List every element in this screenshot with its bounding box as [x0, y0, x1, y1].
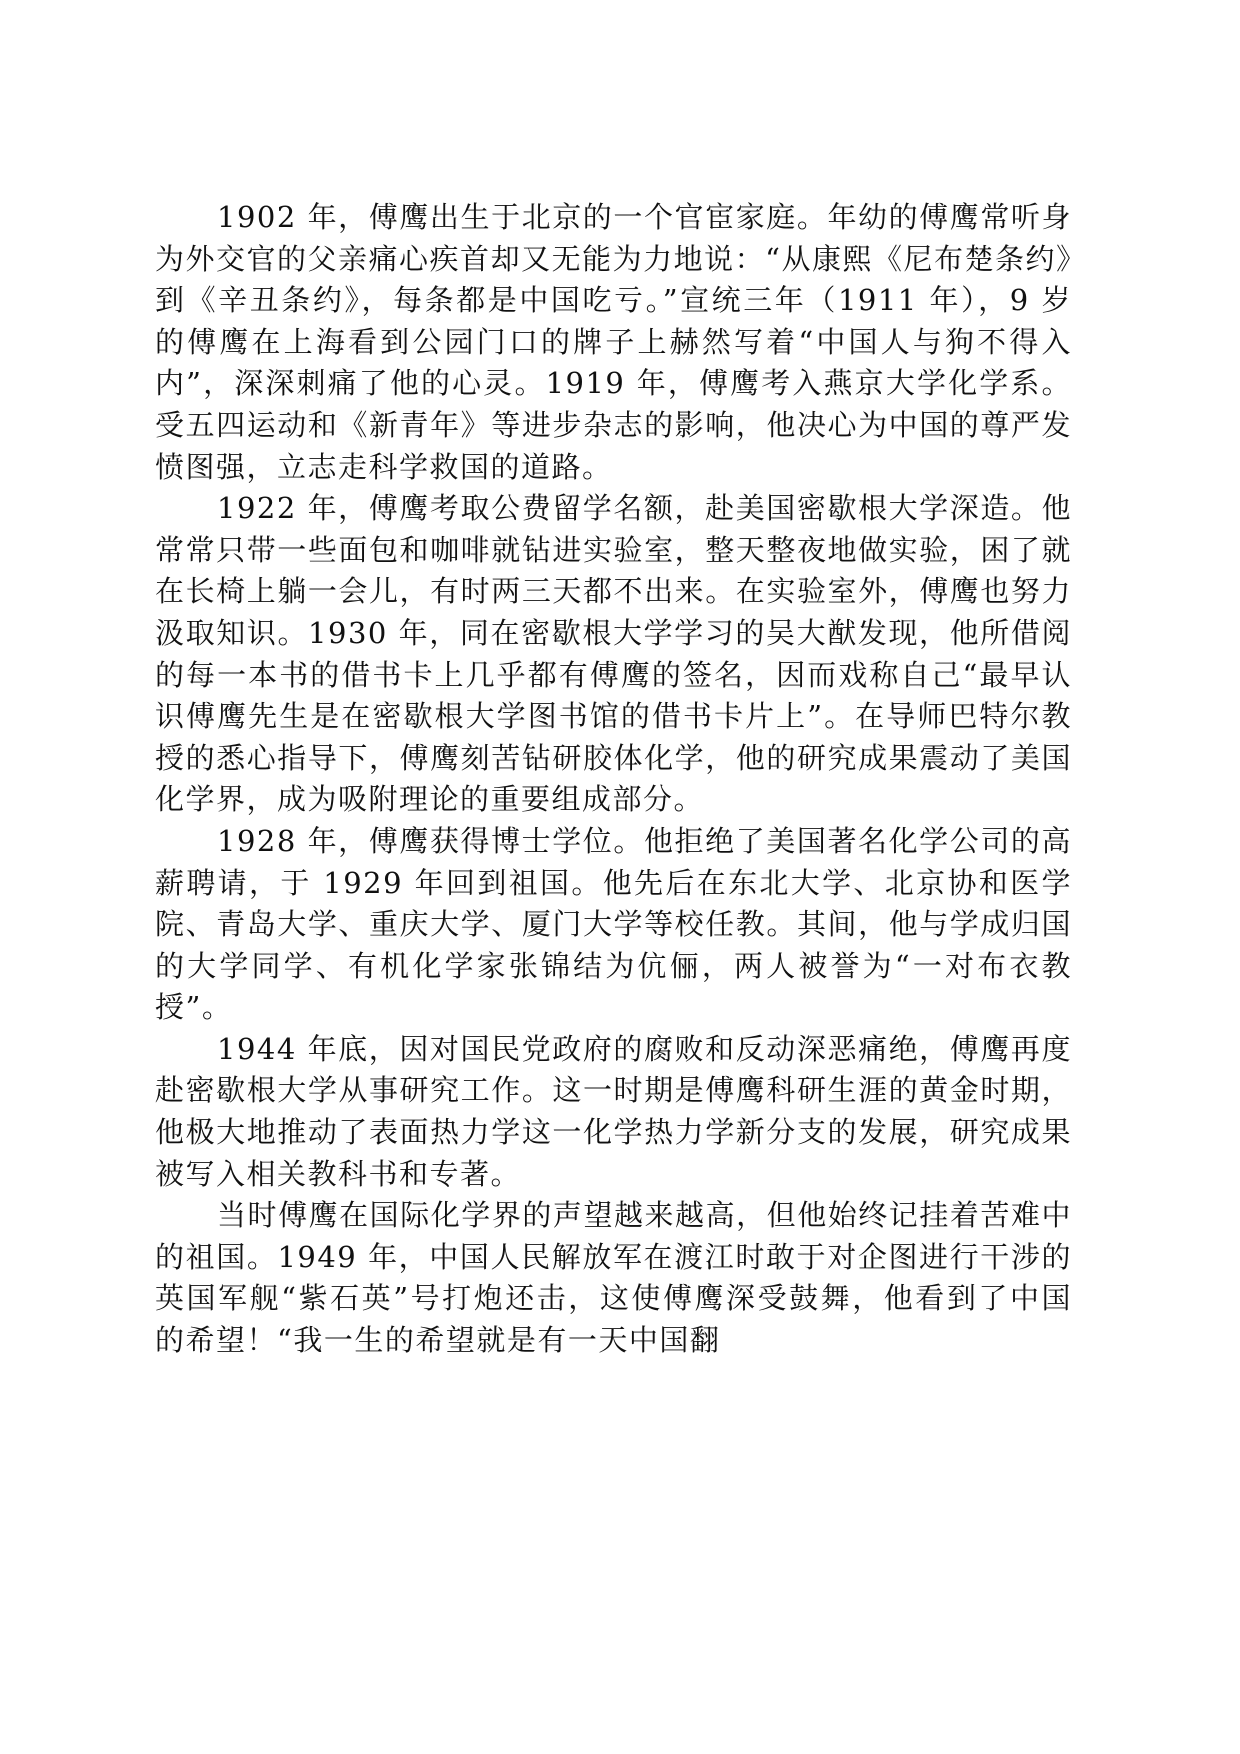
paragraph-return-home: 1928 年，傅鹰获得博士学位。他拒绝了美国著名化学公司的高薪聘请，于 1929…	[155, 821, 1072, 1029]
paragraph-patriotism: 当时傅鹰在国际化学界的声望越来越高，但他始终记挂着苦难中的祖国。1949 年，中…	[155, 1195, 1072, 1361]
paragraph-second-research: 1944 年底，因对国民党政府的腐败和反动深恶痛绝，傅鹰再度赴密歇根大学从事研究…	[155, 1029, 1072, 1195]
document-page: 1902 年，傅鹰出生于北京的一个官宦家庭。年幼的傅鹰常听身为外交官的父亲痛心疾…	[155, 197, 1072, 1362]
paragraph-study-abroad: 1922 年，傅鹰考取公费留学名额，赴美国密歇根大学深造。他常常只带一些面包和咖…	[155, 488, 1072, 821]
paragraph-early-life: 1902 年，傅鹰出生于北京的一个官宦家庭。年幼的傅鹰常听身为外交官的父亲痛心疾…	[155, 197, 1072, 488]
